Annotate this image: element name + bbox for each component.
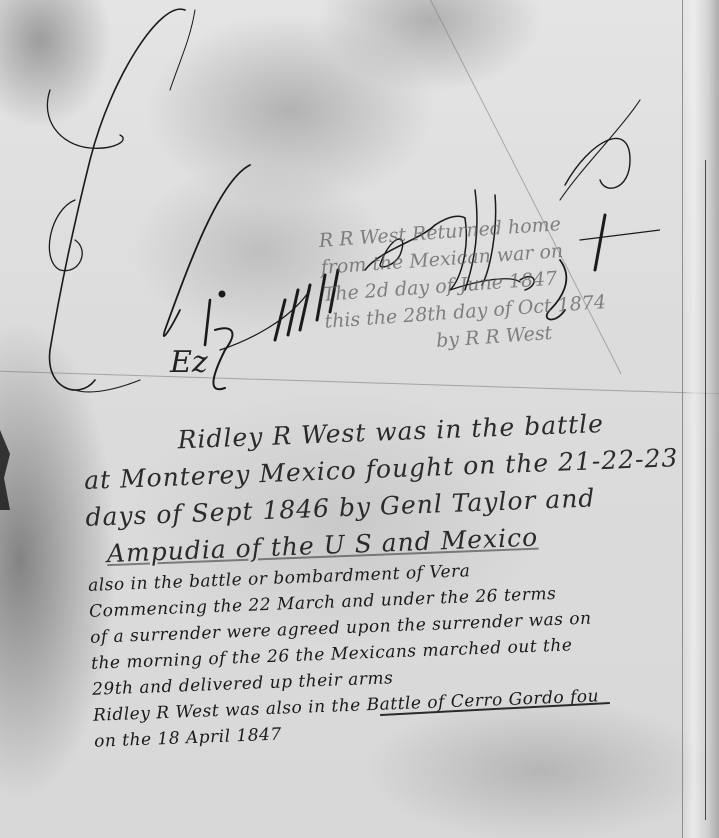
pencil-note: R R West Returned home from the Mexican … — [318, 206, 647, 363]
torn-edge — [0, 430, 10, 510]
main-handwritten-text: Ridley R West was in the battle at Monte… — [82, 401, 714, 755]
document-page: Elizabeth West Ez R R West Returned home… — [0, 0, 719, 838]
signature-initials: Ez — [170, 345, 208, 380]
